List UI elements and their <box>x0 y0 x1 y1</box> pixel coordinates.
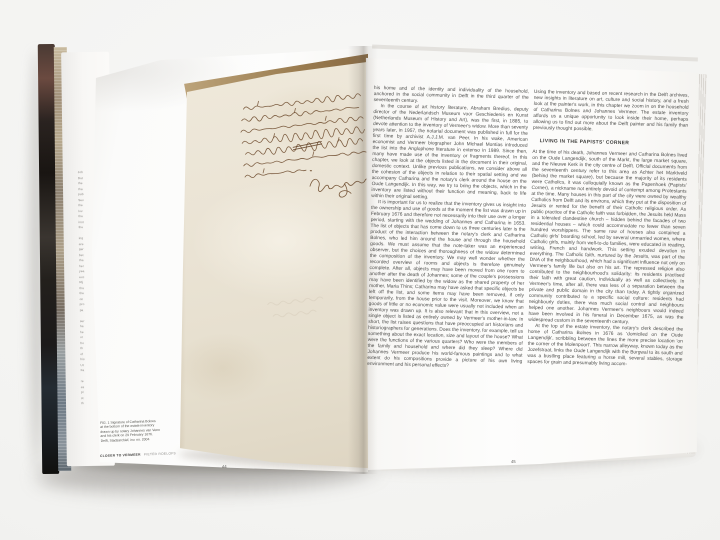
underlying-page-text-fragments: Joh Dut the tha pub Sev the lov the inst… <box>78 170 87 407</box>
book-gutter <box>348 46 378 474</box>
paragraph: In the course of art history literature,… <box>371 104 528 204</box>
right-page-top-edge <box>372 44 698 61</box>
text-columns: his home and of the identity and individ… <box>367 86 690 376</box>
paragraph: Using the inventory and based on recent … <box>533 90 689 136</box>
section-heading: LIVING IN THE PAPISTS' CORNER <box>540 139 688 149</box>
paragraph: It is important for us to realize that t… <box>367 200 526 372</box>
author-footer: PIETER ROELOFS <box>144 451 176 456</box>
photo-backdrop: Joh Dut the tha pub Sev the lov the inst… <box>0 0 720 540</box>
text-column-2: Using the inventory and based on recent … <box>527 90 689 376</box>
figure-caption: FIG. 1 Signature of Catharina Bolnes at … <box>100 419 169 443</box>
page-number-right: 45 <box>511 459 516 464</box>
right-page: his home and of the identity and individ… <box>358 48 702 476</box>
ink-show-through <box>268 297 325 319</box>
paragraph: At the time of his death, Johannes Verme… <box>528 150 687 328</box>
manuscript-sheet <box>174 50 368 474</box>
text-column-1: his home and of the identity and individ… <box>367 86 529 372</box>
running-footer: CLOSER TO VERMEER PIETER ROELOFS <box>100 451 176 458</box>
book-title-footer: CLOSER TO VERMEER <box>100 453 141 458</box>
manuscript-figure <box>174 50 368 474</box>
paragraph: At the top of the estate inventory, the … <box>527 324 683 370</box>
